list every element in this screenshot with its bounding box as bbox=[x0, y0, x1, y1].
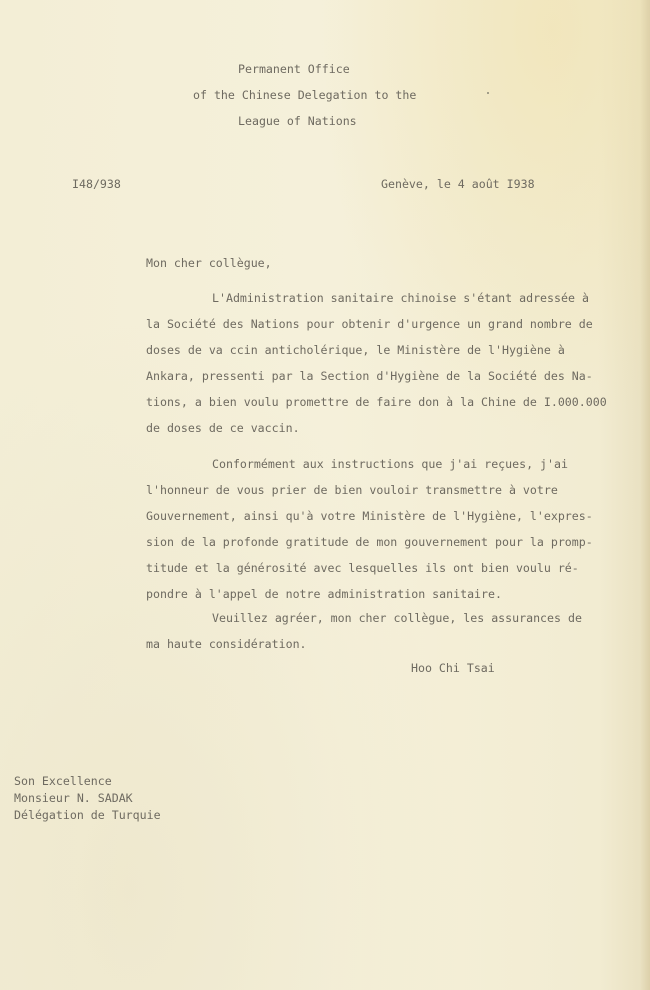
paragraph2-line: Conformément aux instructions que j'ai r… bbox=[212, 457, 568, 471]
addressee-line: Son Excellence bbox=[14, 774, 112, 788]
signature: Hoo Chi Tsai bbox=[411, 661, 495, 675]
page-edge-shadow bbox=[640, 0, 650, 990]
paragraph1-line: doses de va ccin anticholérique, le Mini… bbox=[146, 343, 565, 357]
closing-line: Veuillez agréer, mon cher collègue, les … bbox=[212, 611, 582, 625]
letterhead-line-1: Permanent Office bbox=[238, 62, 350, 76]
paragraph1-line: L'Administration sanitaire chinoise s'ét… bbox=[212, 291, 589, 305]
paragraph2-line: sion de la profonde gratitude de mon gou… bbox=[146, 535, 593, 549]
addressee-line: Délégation de Turquie bbox=[14, 808, 161, 822]
paragraph2-line: l'honneur de vous prier de bien vouloir … bbox=[146, 483, 558, 497]
paragraph1-line: Ankara, pressenti par la Section d'Hygiè… bbox=[146, 369, 593, 383]
paragraph2-line: pondre à l'appel de notre administration… bbox=[146, 587, 502, 601]
salutation: Mon cher collègue, bbox=[146, 256, 272, 270]
closing-line: ma haute considération. bbox=[146, 637, 307, 651]
reference-number: I48/938 bbox=[72, 177, 121, 191]
paragraph2-line: titude et la générosité avec lesquelles … bbox=[146, 561, 579, 575]
ink-speck bbox=[487, 92, 489, 94]
paragraph2-line: Gouvernement, ainsi qu'à votre Ministère… bbox=[146, 509, 593, 523]
place-date: Genève, le 4 août I938 bbox=[381, 177, 535, 191]
paragraph1-line: la Société des Nations pour obtenir d'ur… bbox=[146, 317, 593, 331]
letterhead-line-2: of the Chinese Delegation to the bbox=[193, 88, 416, 102]
letterhead-line-3: League of Nations bbox=[238, 114, 357, 128]
letter-page: Permanent Office of the Chinese Delegati… bbox=[0, 0, 650, 990]
paragraph1-line: de doses de ce vaccin. bbox=[146, 421, 300, 435]
addressee-line: Monsieur N. SADAK bbox=[14, 791, 133, 805]
paragraph1-line: tions, a bien voulu promettre de faire d… bbox=[146, 395, 607, 409]
